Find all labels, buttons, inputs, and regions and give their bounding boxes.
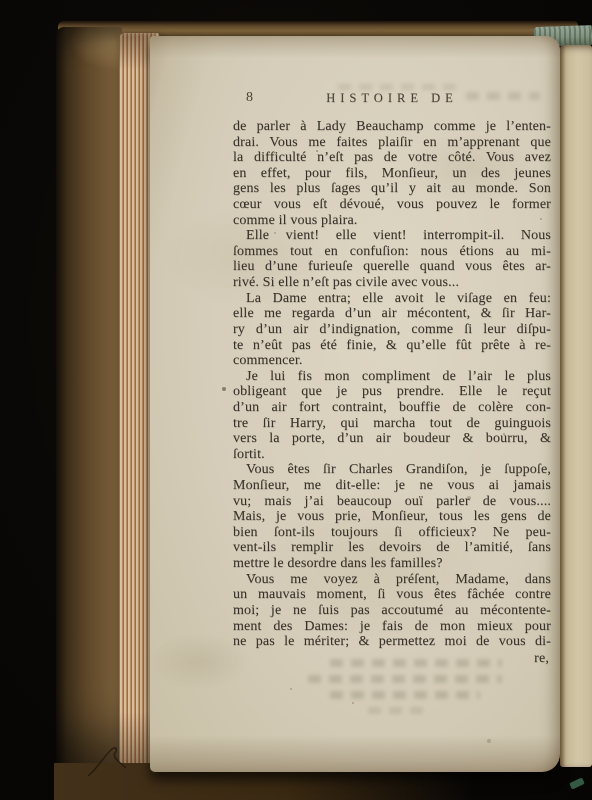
body-text: de parler à Lady Beauchamp comme je l’en… [233,119,551,667]
color-speck [569,777,585,789]
text-line: vers la porte, d’un air boudeur & bourru… [233,431,551,447]
text-line: tre ſir Harry, qui marcha tout de guingu… [233,416,551,432]
text-line: ment des Dames: je fais de mon mieux pou… [233,619,551,635]
book-spine [56,27,122,769]
text-line: Mais, je vous prie, Monſieur, tous les g… [233,509,551,525]
text-line: cœur vous eſt dévoué, vous pouvez le for… [233,197,551,213]
text-line: Monſieur, me dit-elle: je ne vous ai jam… [233,478,551,494]
text-line: de parler à Lady Beauchamp comme je l’en… [233,119,551,135]
text-line: drai. Vous me faites plaiſir en m’appren… [233,135,551,151]
text-line: gens les plus ſages qu’il y ait au monde… [233,181,551,197]
text-line: ſommes tout en confuſion: nous étions au… [233,244,551,260]
thread-artifact [84,728,130,780]
text-line: vent-ils remplir les devoirs de l’amitié… [233,540,551,556]
text-line: commencer. [233,353,551,369]
text-line: rivé. Si elle n’eſt pas civile avec vous… [233,275,551,291]
text-line: Je lui fis mon compliment de l’air le pl… [233,369,551,385]
text-line: comme il vous plaira. [233,213,551,229]
text-line: un mauvais moment, ſi vous êtes fâchée c… [233,587,551,603]
text-line: la difficulté n’eſt pas de votre côté. V… [233,150,551,166]
paper-specks [0,0,2,2]
text-line: Vous êtes ſir Charles Grandiſon, je ſupp… [233,462,551,478]
text-line: lieu d’une furieuſe querelle quand vous … [233,259,551,275]
page-header: 8 HISTOIRE DE [233,90,551,108]
facing-page-edge [560,45,592,767]
text-line: en effet, pour fils, Monſieur, un des je… [233,166,551,182]
text-line: elle me regarda d’un air mécontent, & ſi… [233,306,551,322]
text-line: moi; je ne ſuis pas accoutumé au méconte… [233,603,551,619]
text-line: vu; mais j’ai beaucoup ouï parler de vou… [233,494,551,510]
show-through-smudge [368,707,424,714]
text-line: te n’eût pas été finie, & qu’elle fût pr… [233,338,551,354]
book-photo: 8 HISTOIRE DE de parler à Lady Beauchamp… [0,0,592,800]
page-number: 8 [246,90,254,106]
running-title: HISTOIRE DE [326,91,458,106]
show-through-smudge [330,691,480,699]
text-line: ne pas le mériter; & permettez moi de vo… [233,634,551,650]
show-through-smudge [308,675,502,683]
text-line: Elle vient! elle vient! interrompit-il. … [233,228,551,244]
text-line: Vous me voyez à préſent, Madame, dans [233,572,551,588]
text-line: bien ſont-ils toujours ſi officieux? Ne … [233,525,551,541]
text-line: La Dame entra; elle avoit le viſage en f… [233,291,551,307]
text-line: d’un air fort contraint, bouffie de colè… [233,400,551,416]
text-line: obligeant que je pus prendre. Elle le re… [233,384,551,400]
catchword: re, [233,651,551,667]
text-line: ry d’un air d’indignation, comme ſi leur… [233,322,551,338]
text-line: mettre le desordre dans les familles? [233,556,551,572]
text-line: ſortit. [233,447,551,463]
